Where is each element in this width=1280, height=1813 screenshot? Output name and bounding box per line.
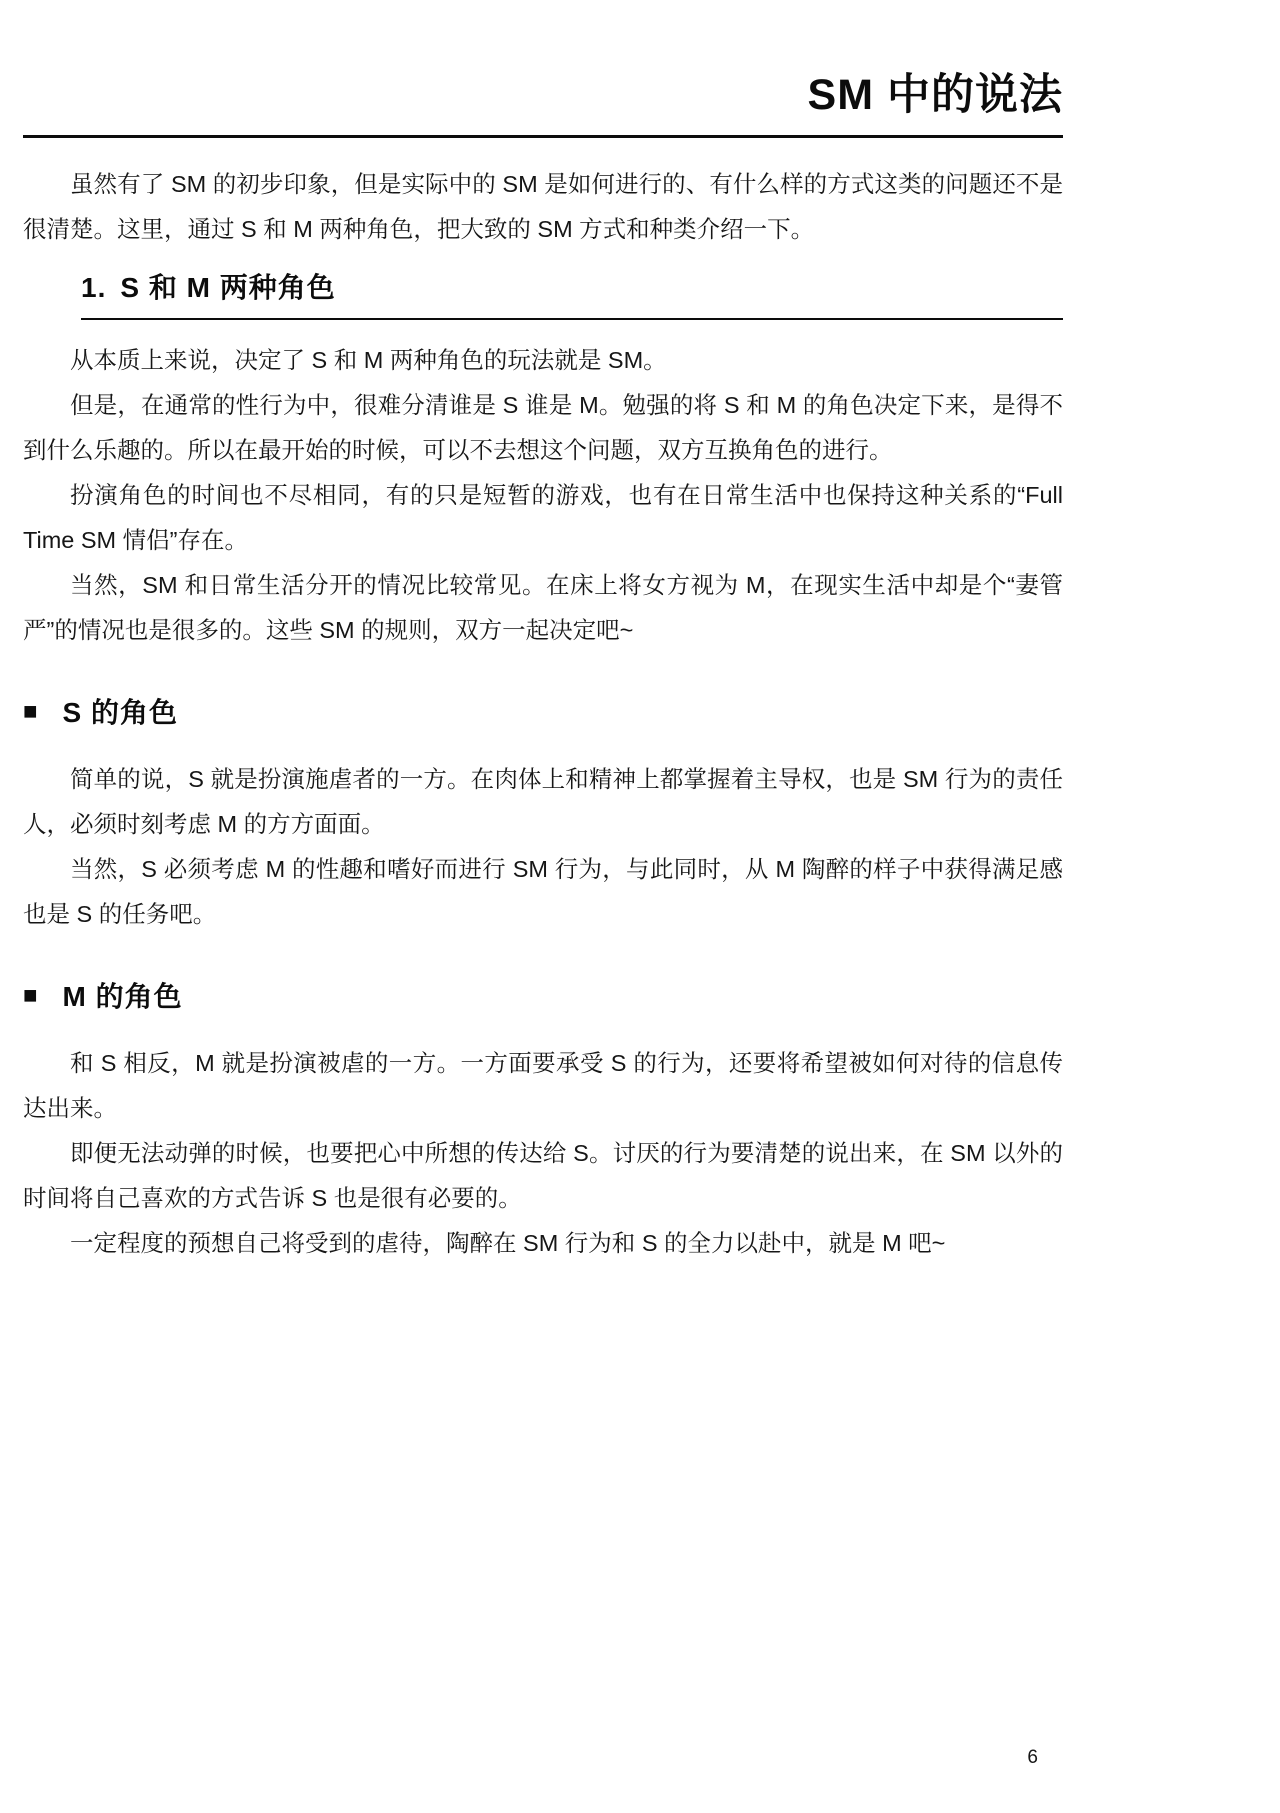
paragraph: 当然，S 必须考虑 M 的性趣和嗜好而进行 SM 行为，与此同时，从 M 陶醉的… bbox=[23, 847, 1063, 937]
document-page: SM 中的说法 虽然有了 SM 的初步印象，但是实际中的 SM 是如何进行的、有… bbox=[0, 0, 1280, 1813]
heading-s-role: ■S 的角色 bbox=[23, 691, 1063, 731]
heading-m-role-label: M 的角色 bbox=[63, 975, 183, 1015]
paragraph: 即便无法动弹的时候，也要把心中所想的传达给 S。讨厌的行为要清楚的说出来，在 S… bbox=[23, 1131, 1063, 1221]
title-divider bbox=[23, 135, 1063, 138]
heading-m-role: ■M 的角色 bbox=[23, 975, 1063, 1015]
page-title: SM 中的说法 bbox=[23, 72, 1063, 119]
heading-s-role-label: S 的角色 bbox=[63, 691, 178, 731]
page-number: 6 bbox=[1027, 1747, 1038, 1769]
paragraph: 当然，SM 和日常生活分开的情况比较常见。在床上将女方视为 M，在现实生活中却是… bbox=[23, 563, 1063, 653]
square-bullet-icon: ■ bbox=[23, 984, 39, 1008]
paragraph: 一定程度的预想自己将受到的虐待，陶醉在 SM 行为和 S 的全力以赴中，就是 M… bbox=[23, 1221, 1063, 1266]
paragraph: 扮演角色的时间也不尽相同，有的只是短暂的游戏，也有在日常生活中也保持这种关系的“… bbox=[23, 473, 1063, 563]
paragraph: 简单的说，S 就是扮演施虐者的一方。在肉体上和精神上都掌握着主导权，也是 SM … bbox=[23, 757, 1063, 847]
paragraph: 但是，在通常的性行为中，很难分清谁是 S 谁是 M。勉强的将 S 和 M 的角色… bbox=[23, 383, 1063, 473]
section-number: 1. bbox=[81, 272, 106, 304]
document-content: SM 中的说法 虽然有了 SM 的初步印象，但是实际中的 SM 是如何进行的、有… bbox=[23, 0, 1063, 1266]
section-title: S 和 M 两种角色 bbox=[120, 272, 335, 303]
section-heading-roles: 1.S 和 M 两种角色 bbox=[81, 266, 1063, 320]
paragraph: 和 S 相反，M 就是扮演被虐的一方。一方面要承受 S 的行为，还要将希望被如何… bbox=[23, 1041, 1063, 1131]
intro-paragraph: 虽然有了 SM 的初步印象，但是实际中的 SM 是如何进行的、有什么样的方式这类… bbox=[23, 162, 1063, 252]
paragraph: 从本质上来说，决定了 S 和 M 两种角色的玩法就是 SM。 bbox=[23, 338, 1063, 383]
square-bullet-icon: ■ bbox=[23, 700, 39, 724]
